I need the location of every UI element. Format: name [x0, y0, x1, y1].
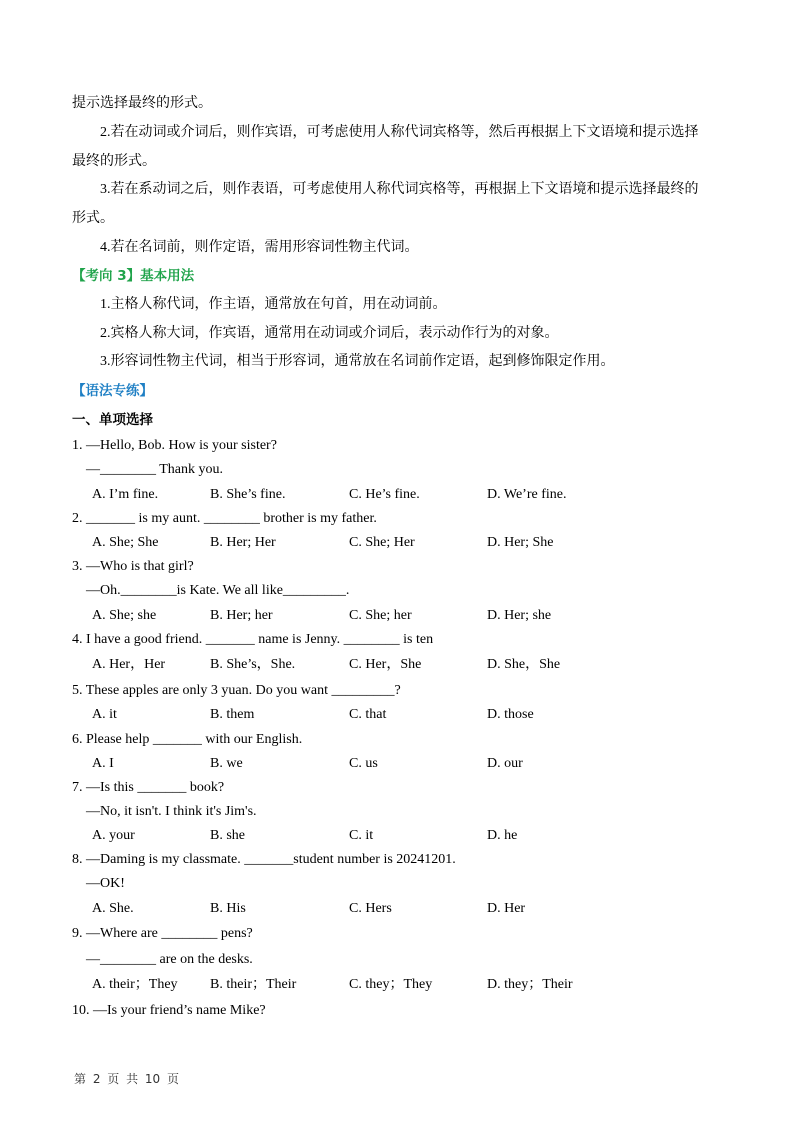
question-10-stem: 10. —Is your friend’s name Mike?	[72, 1002, 266, 1020]
usage-item: 1.主格人称代词，作主语，通常放在句首，用在动词前。	[100, 296, 447, 314]
option-a[interactable]: A. your	[92, 827, 135, 845]
question-9-line2: —________ are on the desks.	[86, 951, 253, 969]
intro-line: 最终的形式。	[72, 153, 156, 171]
option-d[interactable]: D. he	[487, 827, 517, 845]
part-title: 一、单项选择	[72, 411, 153, 429]
question-9-stem: 9. —Where are ________ pens?	[72, 925, 253, 943]
option-d[interactable]: D. our	[487, 755, 523, 773]
option-d[interactable]: D. those	[487, 706, 534, 724]
question-1-stem: 1. —Hello, Bob. How is your sister?	[72, 437, 277, 455]
question-7-stem: 7. —Is this _______ book?	[72, 779, 224, 797]
option-d[interactable]: D. Her	[487, 900, 525, 918]
question-2-stem: 2. _______ is my aunt. ________ brother …	[72, 510, 377, 528]
option-a[interactable]: A. Her，Her	[92, 656, 165, 674]
option-a[interactable]: A. She.	[92, 900, 134, 918]
option-b[interactable]: B. She’s，She.	[210, 656, 295, 674]
intro-line: 3.若在系动词之后，则作表语，可考虑使用人称代词宾格等，再根据上下文语境和提示选…	[100, 181, 699, 199]
question-3-line2: —Oh.________is Kate. We all like________…	[86, 582, 349, 600]
question-8-line2: —OK!	[86, 875, 125, 893]
document-page: 提示选择最终的形式。 2.若在动词或介词后，则作宾语，可考虑使用人称代词宾格等，…	[0, 0, 793, 1122]
option-c[interactable]: C. it	[349, 827, 373, 845]
intro-line: 提示选择最终的形式。	[72, 95, 212, 113]
option-c[interactable]: C. that	[349, 706, 386, 724]
option-c[interactable]: C. He’s fine.	[349, 486, 420, 504]
question-1-line2: —________ Thank you.	[86, 461, 223, 479]
page-number-footer: 第 2 页 共 10 页	[74, 1070, 179, 1087]
option-d[interactable]: D. We’re fine.	[487, 486, 566, 504]
option-c[interactable]: C. She; Her	[349, 534, 415, 552]
option-a[interactable]: A. She; she	[92, 607, 156, 625]
option-c[interactable]: C. they；They	[349, 976, 432, 994]
option-a[interactable]: A. it	[92, 706, 117, 724]
option-a[interactable]: A. I	[92, 755, 114, 773]
option-d[interactable]: D. they；Their	[487, 976, 573, 994]
option-a[interactable]: A. She; She	[92, 534, 159, 552]
option-c[interactable]: C. us	[349, 755, 378, 773]
option-a[interactable]: A. I’m fine.	[92, 486, 158, 504]
question-6-stem: 6. Please help _______ with our English.	[72, 731, 302, 749]
option-b[interactable]: B. Her; Her	[210, 534, 276, 552]
option-b[interactable]: B. His	[210, 900, 246, 918]
intro-line: 4.若在名词前，则作定语，需用形容词性物主代词。	[100, 239, 419, 257]
option-b[interactable]: B. their；Their	[210, 976, 296, 994]
option-c[interactable]: C. She; her	[349, 607, 412, 625]
option-c[interactable]: C. Hers	[349, 900, 392, 918]
question-8-stem: 8. —Daming is my classmate. _______stude…	[72, 851, 456, 869]
option-a[interactable]: A. their；They	[92, 976, 178, 994]
section-heading-basic-usage: 【考向 3】基本用法	[72, 267, 194, 285]
intro-line: 2.若在动词或介词后，则作宾语，可考虑使用人称代词宾格等，然后再根据上下文语境和…	[100, 124, 699, 142]
option-d[interactable]: D. Her; she	[487, 607, 551, 625]
option-b[interactable]: B. she	[210, 827, 245, 845]
usage-item: 2.宾格人称大词，作宾语，通常用在动词或介词后，表示动作行为的对象。	[100, 325, 559, 343]
question-5-stem: 5. These apples are only 3 yuan. Do you …	[72, 682, 401, 700]
option-d[interactable]: D. Her; She	[487, 534, 554, 552]
option-c[interactable]: C. Her，She	[349, 656, 421, 674]
option-d[interactable]: D. She，She	[487, 656, 560, 674]
question-7-line2: —No, it isn't. I think it's Jim's.	[86, 803, 257, 821]
intro-line: 形式。	[72, 210, 114, 228]
question-3-stem: 3. —Who is that girl?	[72, 558, 194, 576]
question-4-stem: 4. I have a good friend. _______ name is…	[72, 631, 433, 649]
option-b[interactable]: B. them	[210, 706, 254, 724]
usage-item: 3.形容词性物主代词，相当于形容词，通常放在名词前作定语，起到修饰限定作用。	[100, 353, 615, 371]
option-b[interactable]: B. Her; her	[210, 607, 273, 625]
option-b[interactable]: B. She’s fine.	[210, 486, 285, 504]
practice-heading: 【语法专练】	[72, 382, 153, 400]
option-b[interactable]: B. we	[210, 755, 243, 773]
